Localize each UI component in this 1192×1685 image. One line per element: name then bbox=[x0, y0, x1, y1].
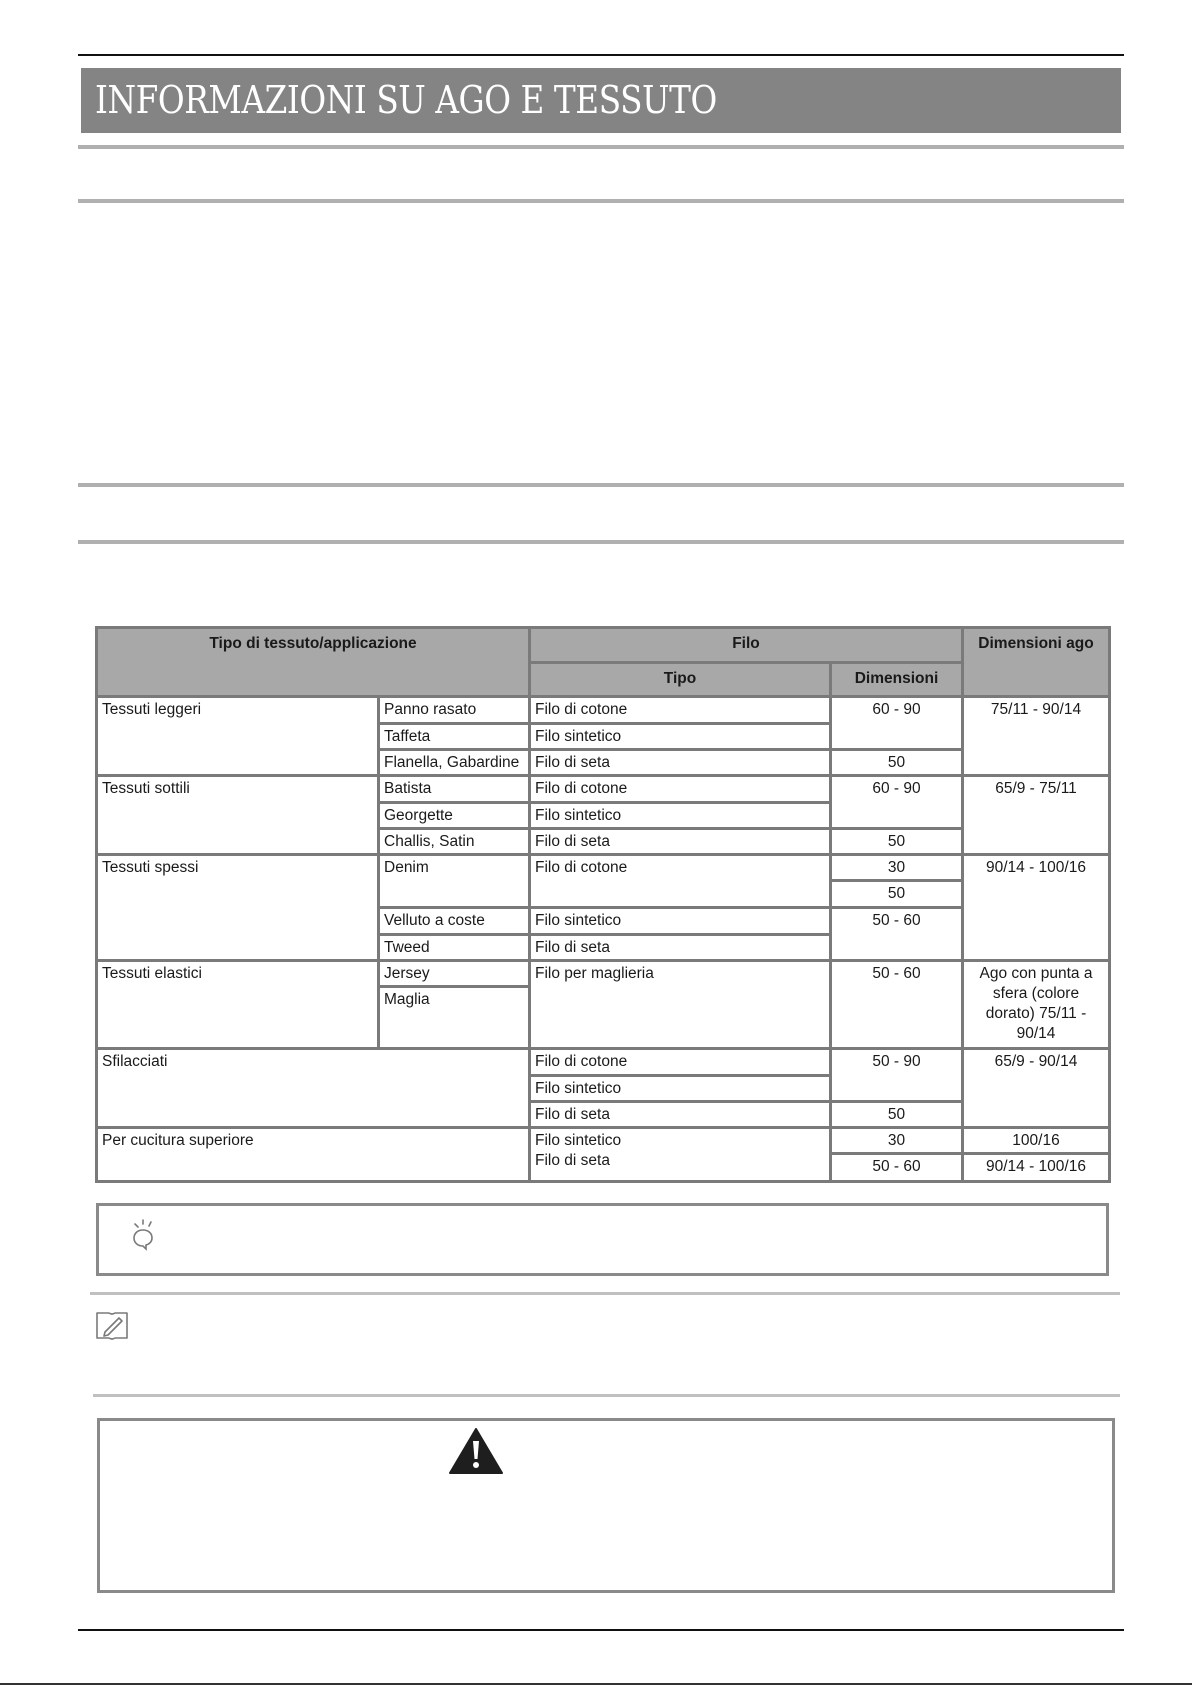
needle-fabric-table: Tipo di tessuto/applicazione Filo Tipo D… bbox=[95, 626, 1111, 1183]
fabric-cell: Maglia bbox=[380, 988, 528, 1047]
thread-size-cell: 50 - 60 bbox=[832, 962, 961, 1047]
category-cell: Tessuti elastici bbox=[98, 962, 377, 1047]
category-cell: Tessuti leggeri bbox=[98, 698, 377, 774]
thread-type-cell: Filo per maglieria bbox=[531, 962, 829, 1047]
book-pencil-icon bbox=[95, 1310, 129, 1342]
needle-size-cell: 65/9 - 75/11 bbox=[964, 777, 1108, 853]
thread-type-cell: Filo sintetico bbox=[531, 725, 829, 748]
header-fabric-type: Tipo di tessuto/applicazione bbox=[98, 629, 528, 695]
top-rule bbox=[78, 54, 1124, 56]
category-cell: Per cucitura superiore bbox=[98, 1129, 528, 1180]
page-title: INFORMAZIONI SU AGO E TESSUTO bbox=[95, 76, 717, 124]
thread-type-cell: Filo di cotone bbox=[531, 698, 829, 722]
thread-type-cell: Filo di cotone bbox=[531, 856, 829, 906]
thread-type-cell: Filo di seta bbox=[531, 1103, 829, 1126]
section-separator bbox=[78, 483, 1124, 487]
thread-type-cell: Filo di cotone bbox=[531, 777, 829, 801]
fabric-cell: Taffeta bbox=[380, 725, 528, 748]
fabric-cell: Denim bbox=[380, 856, 528, 906]
needle-size-cell: 100/16 bbox=[964, 1129, 1108, 1152]
section-separator bbox=[78, 145, 1124, 149]
needle-size-cell: 90/14 - 100/16 bbox=[964, 1155, 1108, 1180]
thread-type-cell: Filo di seta bbox=[531, 830, 829, 853]
thread-type-cell: Filo sintetico bbox=[531, 804, 829, 827]
thread-type-line: Filo sintetico bbox=[535, 1131, 825, 1151]
fabric-cell: Tweed bbox=[380, 936, 528, 959]
thread-size-cell: 60 - 90 bbox=[832, 777, 961, 827]
thread-type-cell: Filo sintetico bbox=[531, 909, 829, 933]
section-separator bbox=[78, 540, 1124, 544]
category-cell: Tessuti sottili bbox=[98, 777, 377, 853]
thread-type-cell: Filo sintetico Filo di seta bbox=[531, 1129, 829, 1180]
thread-size-cell: 50 bbox=[832, 830, 961, 853]
fabric-cell: Velluto a coste bbox=[380, 909, 528, 933]
footer-rule bbox=[78, 1629, 1124, 1631]
header-thread: Filo bbox=[531, 629, 961, 661]
section-separator bbox=[78, 199, 1124, 203]
title-banner: INFORMAZIONI SU AGO E TESSUTO bbox=[81, 68, 1121, 133]
needle-size-cell: 65/9 - 90/14 bbox=[964, 1050, 1108, 1126]
warning-box bbox=[97, 1418, 1115, 1593]
fabric-cell: Challis, Satin bbox=[380, 830, 528, 853]
header-thread-size: Dimensioni bbox=[832, 664, 961, 695]
header-thread-type: Tipo bbox=[531, 664, 829, 695]
section-separator bbox=[90, 1292, 1120, 1295]
needle-size-cell: 90/14 - 100/16 bbox=[964, 856, 1108, 959]
thread-size-cell: 30 bbox=[832, 1129, 961, 1152]
thread-size-cell: 60 - 90 bbox=[832, 698, 961, 748]
thread-size-cell: 50 - 90 bbox=[832, 1050, 961, 1100]
lightbulb-icon bbox=[129, 1218, 159, 1252]
thread-size-cell: 50 - 60 bbox=[832, 909, 961, 959]
thread-size-cell: 50 bbox=[832, 882, 961, 906]
tip-box bbox=[96, 1203, 1109, 1276]
header-needle-size: Dimensioni ago bbox=[964, 629, 1108, 695]
fabric-cell: Panno rasato bbox=[380, 698, 528, 722]
thread-type-cell: Filo di seta bbox=[531, 751, 829, 774]
fabric-cell: Georgette bbox=[380, 804, 528, 827]
fabric-cell: Flanella, Gabardine bbox=[380, 751, 528, 774]
fabric-cell: Batista bbox=[380, 777, 528, 801]
thread-size-cell: 50 bbox=[832, 1103, 961, 1126]
thread-size-cell: 50 - 60 bbox=[832, 1155, 961, 1180]
thread-size-cell: 30 bbox=[832, 856, 961, 879]
section-separator bbox=[93, 1394, 1120, 1397]
category-cell: Sfilacciati bbox=[98, 1050, 528, 1126]
category-cell: Tessuti spessi bbox=[98, 856, 377, 959]
fabric-cell: Jersey bbox=[380, 962, 528, 985]
warning-triangle-icon bbox=[448, 1427, 504, 1475]
thread-type-line: Filo di seta bbox=[535, 1151, 825, 1171]
thread-type-cell: Filo sintetico bbox=[531, 1077, 829, 1100]
needle-size-cell: 75/11 - 90/14 bbox=[964, 698, 1108, 774]
thread-type-cell: Filo di cotone bbox=[531, 1050, 829, 1074]
thread-type-cell: Filo di seta bbox=[531, 936, 829, 959]
needle-size-cell: Ago con punta a sfera (colore dorato) 75… bbox=[964, 962, 1108, 1047]
thread-size-cell: 50 bbox=[832, 751, 961, 774]
